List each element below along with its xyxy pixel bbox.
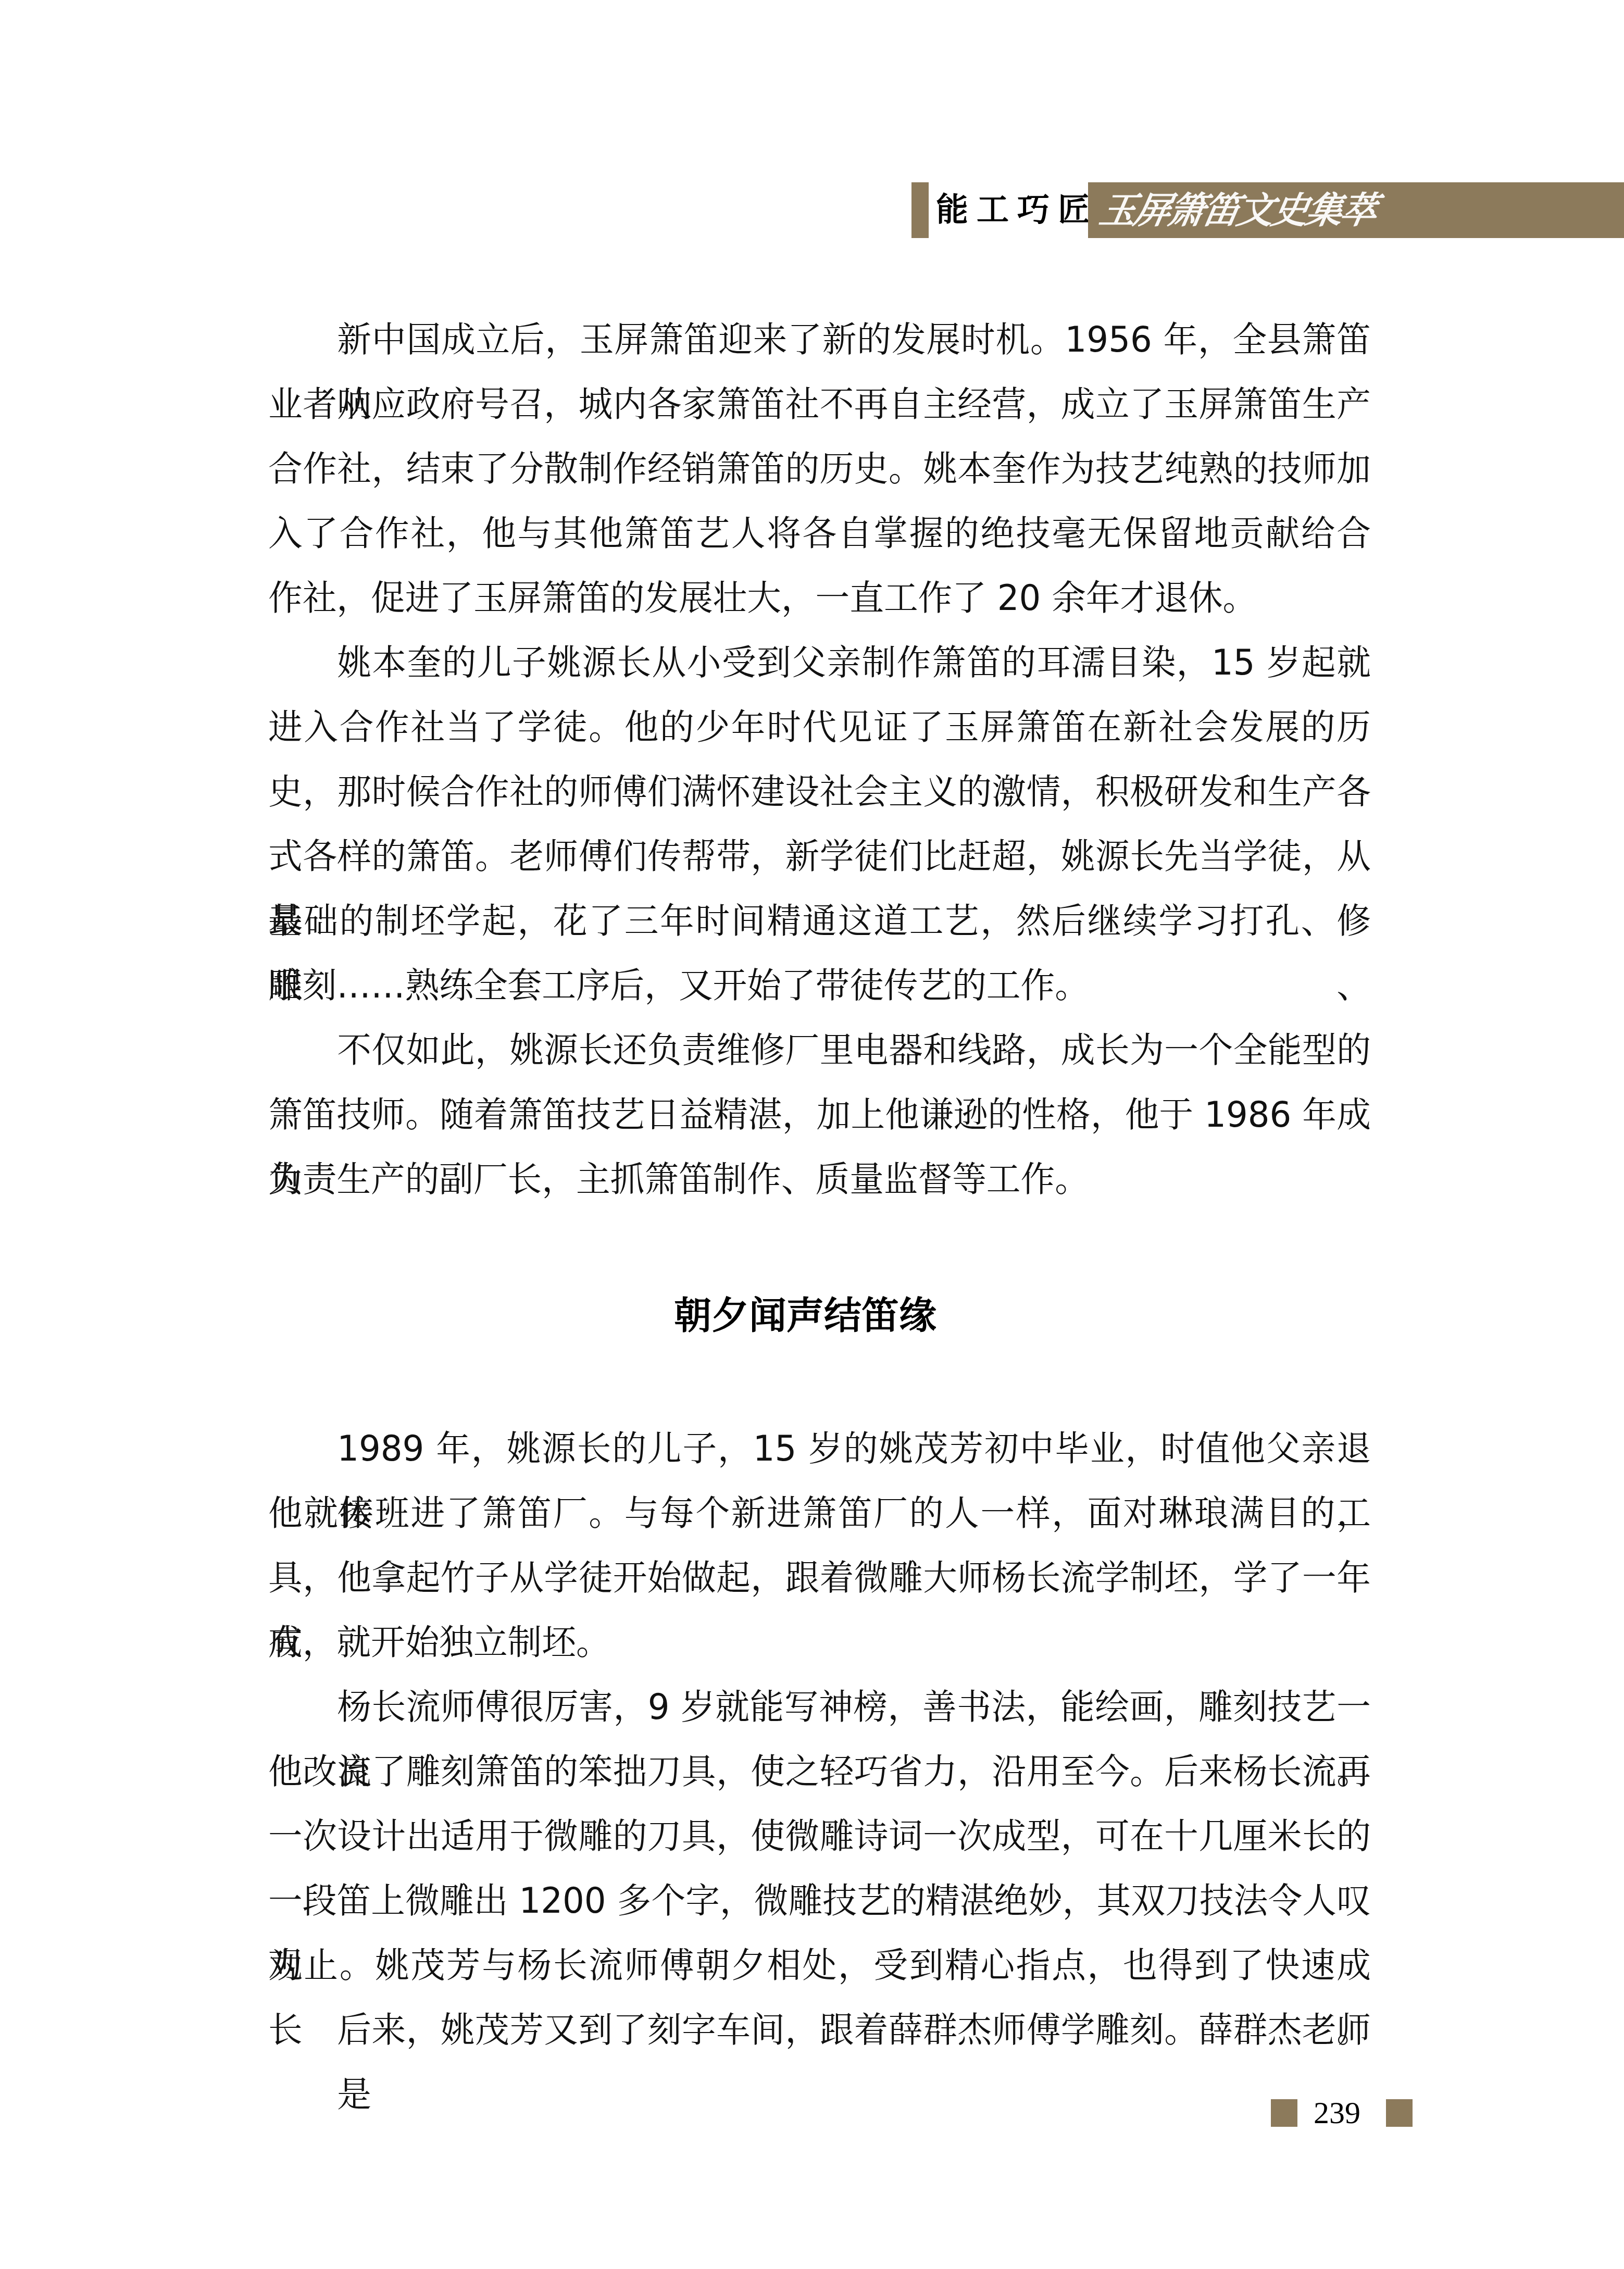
text-line: 基础的制坯学起，花了三年时间精通这道工艺，然后继续学习打孔、修眼、: [268, 889, 1371, 953]
text-line: 具，他拿起竹子从学徒开始做起，跟着微雕大师杨长流学制坯，学了一年有: [268, 1545, 1371, 1610]
running-header-band: 玉屏箫笛文史集萃: [1088, 182, 1624, 238]
text-line: 负责生产的副厂长，主抓箫笛制作、质量监督等工作。: [268, 1147, 1371, 1212]
paragraph-first-line: 后来，姚茂芳又到了刻字车间，跟着薛群杰师傅学雕刻。薛群杰老师是: [268, 1998, 1371, 2062]
paragraph-first-line: 1989 年，姚源长的儿子，15 岁的姚茂芳初中毕业，时值他父亲退休，: [268, 1416, 1371, 1481]
paragraph-first-line: 新中国成立后，玉屏箫笛迎来了新的发展时机。1956 年，全县箫笛从: [268, 307, 1371, 372]
text-line: 入了合作社，他与其他箫笛艺人将各自掌握的绝技毫无保留地贡献给合: [268, 501, 1371, 566]
text-line: 式各样的箫笛。老师傅们传帮带，新学徒们比赶超，姚源长先当学徒，从最: [268, 824, 1371, 889]
page-number: 239: [1308, 2093, 1366, 2133]
body-section-1: 新中国成立后，玉屏箫笛迎来了新的发展时机。1956 年，全县箫笛从业者响应政府号…: [268, 307, 1393, 1212]
text-line: 他改良了雕刻箫笛的笨拙刀具，使之轻巧省力，沿用至今。后来杨长流再: [268, 1739, 1371, 1804]
text-line: 一段笛上微雕出 1200 多个字，微雕技艺的精湛绝妙，其双刀技法令人叹为: [268, 1868, 1371, 1933]
text-line: 合作社，结束了分散制作经销箫笛的历史。姚本奎作为技艺纯熟的技师加: [268, 437, 1371, 501]
text-line: 他就接班进了箫笛厂。与每个新进箫笛厂的人一样，面对琳琅满目的工: [268, 1481, 1371, 1545]
section-heading: 朝夕闻声结笛缘: [0, 1287, 1624, 1344]
text-line: 作社，促进了玉屏箫笛的发展壮大，一直工作了 20 余年才退休。: [268, 566, 1371, 630]
paragraph-first-line: 杨长流师傅很厉害，9 岁就能写神榜，善书法，能绘画，雕刻技艺一流。: [268, 1675, 1371, 1739]
running-header-book-title: 玉屏箫笛文史集萃: [1096, 186, 1379, 234]
text-line: 成，就开始独立制坯。: [268, 1610, 1371, 1675]
section-heading-text: 朝夕闻声结笛缘: [674, 1293, 936, 1337]
text-line: 业者响应政府号召，城内各家箫笛社不再自主经营，成立了玉屏箫笛生产: [268, 372, 1371, 437]
text-line: 进入合作社当了学徒。他的少年时代见证了玉屏箫笛在新社会发展的历: [268, 695, 1371, 759]
text-line: 一次设计出适用于微雕的刀具，使微雕诗词一次成型，可在十几厘米长的: [268, 1804, 1371, 1868]
paragraph-first-line: 姚本奎的儿子姚源长从小受到父亲制作箫笛的耳濡目染，15 岁起就: [268, 630, 1371, 695]
folio-square-left: [1271, 2099, 1297, 2127]
running-header-section: 能工巧匠: [936, 186, 1098, 233]
paragraph-first-line: 不仅如此，姚源长还负责维修厂里电器和线路，成长为一个全能型的: [268, 1018, 1371, 1082]
text-line: 史，那时候合作社的师傅们满怀建设社会主义的激情，积极研发和生产各: [268, 759, 1371, 824]
text-line: 雕刻……熟练全套工序后，又开始了带徒传艺的工作。: [268, 953, 1371, 1018]
header-accent-bar: [911, 182, 929, 238]
text-line: 箫笛技师。随着箫笛技艺日益精湛，加上他谦逊的性格，他于 1986 年成为: [268, 1082, 1371, 1147]
body-section-2: 1989 年，姚源长的儿子，15 岁的姚茂芳初中毕业，时值他父亲退休，他就接班进…: [268, 1416, 1393, 2062]
text-line: 观止。姚茂芳与杨长流师傅朝夕相处，受到精心指点，也得到了快速成长。: [268, 1933, 1371, 1998]
folio-square-right: [1386, 2099, 1413, 2127]
